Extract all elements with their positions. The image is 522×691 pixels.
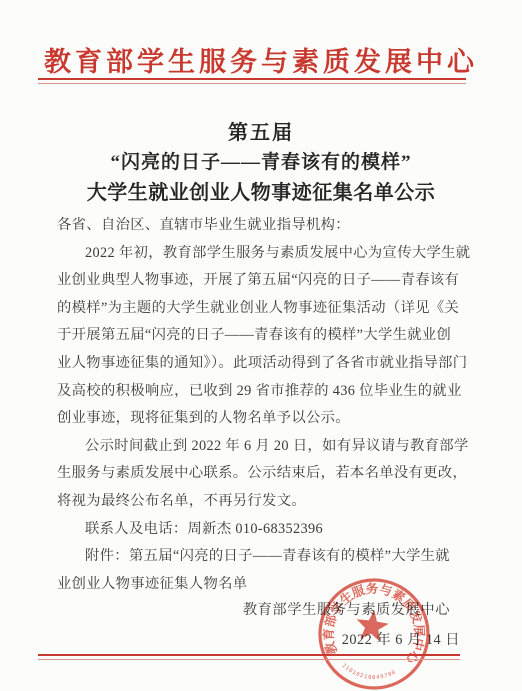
body-text-line: 将视为最终公布名单，不再另行发文。 — [57, 488, 465, 516]
official-seal: 教育部学生服务与素质发展中心 11010210049790 — [314, 574, 434, 691]
body-text-line: 各省、自治区、直辖市毕业生就业指导机构： — [57, 212, 465, 240]
star-icon — [354, 608, 390, 643]
body-text-line: 业创业典型人物事迹，开展了第五届“闪亮的日子——青春该有 — [57, 267, 465, 295]
footer-divider — [38, 654, 460, 660]
document-body: 各省、自治区、直辖市毕业生就业指导机构： 2022 年初，教育部学生服务与素质发… — [57, 212, 465, 598]
body-text-line: 业人物事迹征集的通知》）。此项活动得到了各省市就业指导部门 — [57, 350, 465, 378]
title-session-line: 第五届 — [0, 119, 522, 148]
title-theme-line: “闪亮的日子——青春该有的模样” — [0, 148, 522, 178]
body-text-line: 创业事迹，现将征集到的人物名单予以公示。 — [57, 405, 465, 433]
title-subject-line: 大学生就业创业人物事迹征集名单公示 — [0, 178, 522, 209]
body-text-line: 公示时间截止到 2022 年 6 月 20 日，如有异议请与教育部学 — [57, 433, 465, 461]
body-text-line: 及高校的积极响应，已收到 29 省市推荐的 436 位毕业生的就业 — [57, 378, 465, 406]
body-text-line: 联系人及电话：周新杰 010-68352396 — [57, 516, 465, 544]
letterhead-divider — [38, 78, 466, 84]
body-text-line: 2022 年初，教育部学生服务与素质发展中心为宣传大学生就 — [57, 240, 465, 268]
body-text-line: 附件：第五届“闪亮的日子——青春该有的模样”大学生就 — [57, 543, 465, 571]
document-title: 第五届 “闪亮的日子——青春该有的模样” 大学生就业创业人物事迹征集名单公示 — [0, 119, 522, 209]
body-text-line: 于开展第五届“闪亮的日子——青春该有的模样”大学生就业创 — [57, 322, 465, 350]
letterhead-org-name: 教育部学生服务与素质发展中心 — [0, 40, 522, 79]
body-text-line: 生服务与素质发展中心联系。公示结束后，若本名单没有更改， — [57, 460, 465, 488]
body-text-line: 的模样”为主题的大学生就业创业人物事迹征集活动（详见《关 — [57, 295, 465, 323]
document-page: 教育部学生服务与素质发展中心 第五届 “闪亮的日子——青春该有的模样” 大学生就… — [0, 0, 522, 691]
